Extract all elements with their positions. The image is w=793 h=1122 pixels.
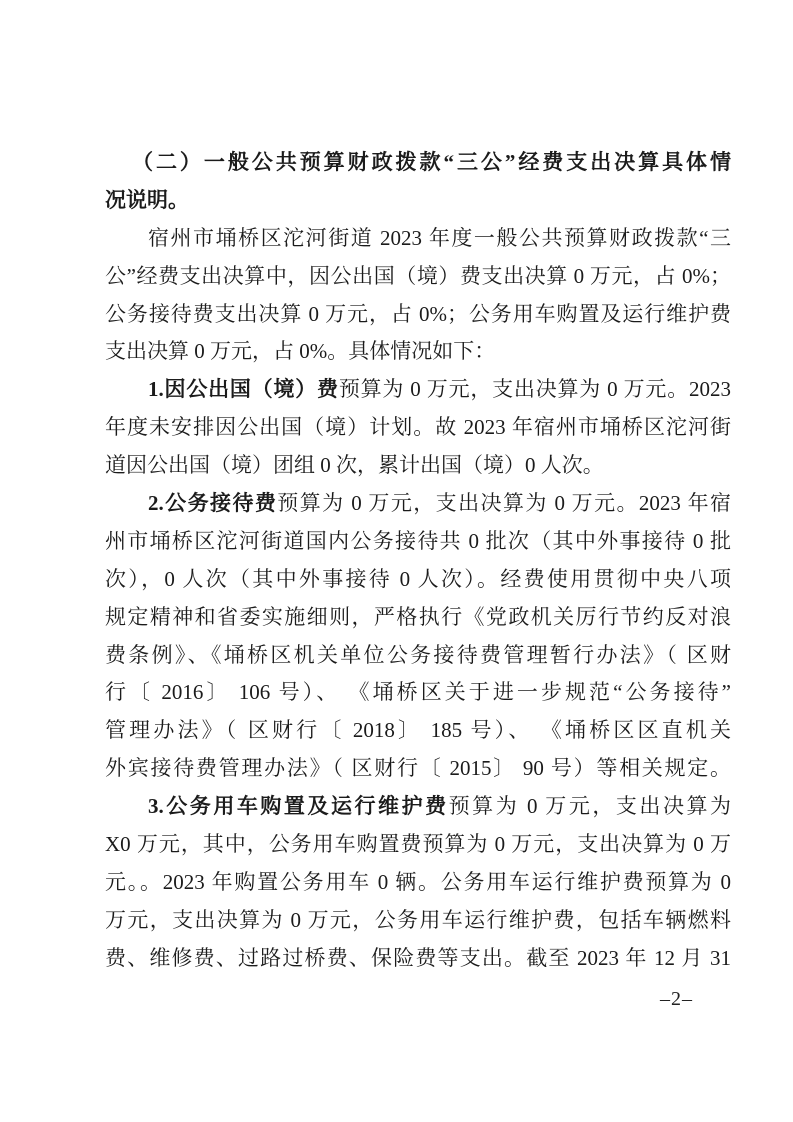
text-line: 规定精神和省委实施细则，严格执行《党政机关厉行节约反对浪 [105,599,731,637]
text-line: X0 万元，其中，公务用车购置费预算为 0 万元，支出决算为 0 万 [105,826,731,864]
text-line: 况说明。 [105,182,731,220]
text-line: 公务接待费支出决算 0 万元，占 0%；公务用车购置及运行维护费 [105,296,731,334]
bold-text-run: 1.因公出国（境）费 [148,377,339,401]
text-run: 元。。2023 年购置公务用车 0 辆。公务用车运行维护费预算为 0 [105,870,731,894]
text-line: 年度未安排因公出国（境）计划。故 2023 年宿州市埇桥区沱河街 [105,409,731,447]
text-run: 支出决算 0 万元，占 0%。具体情况如下： [105,339,495,363]
text-line: 道因公出国（境）团组 0 次，累计出国（境）0 人次。 [105,447,731,485]
document-page: （二）一般公共预算财政拨款“三公”经费支出决算具体情况说明。宿州市埇桥区沱河街道… [0,0,793,1122]
text-line: 2.公务接待费预算为 0 万元，支出决算为 0 万元。2023 年宿 [105,485,731,523]
text-run: 道因公出国（境）团组 0 次，累计出国（境）0 人次。 [105,453,604,477]
text-line: 公”经费支出决算中，因公出国（境）费支出决算 0 万元，占 0%； [105,258,731,296]
text-line: （二）一般公共预算财政拨款“三公”经费支出决算具体情 [105,144,731,182]
text-line: 行〔 2016〕 106 号）、 《埇桥区关于进一步规范“公务接待” [105,674,731,712]
page-number: –2– [660,988,693,1011]
bold-text-run: 况说明。 [105,188,189,212]
text-run: 费条例》、《埇桥区机关单位公务接待费管理暂行办法》（ 区财 [105,643,731,667]
text-run: 管理办法》（ 区财行〔 2018〕 185 号）、 《埇桥区区直机关 [105,718,731,742]
text-line: 元。。2023 年购置公务用车 0 辆。公务用车运行维护费预算为 0 [105,864,731,902]
bold-text-run: 3.公务用车购置及运行维护费 [148,794,449,818]
text-run: 州市埇桥区沱河街道国内公务接待共 0 批次（其中外事接待 0 批 [105,529,731,553]
text-line: 1.因公出国（境）费预算为 0 万元，支出决算为 0 万元。2023 [105,371,731,409]
text-line: 外宾接待费管理办法》（ 区财行〔 2015〕 90 号）等相关规定。 [105,750,731,788]
text-line: 宿州市埇桥区沱河街道 2023 年度一般公共预算财政拨款“三 [105,220,731,258]
text-line: 3.公务用车购置及运行维护费预算为 0 万元，支出决算为 [105,788,731,826]
text-run: 外宾接待费管理办法》（ 区财行〔 2015〕 90 号）等相关规定。 [105,756,731,780]
text-run: 宿州市埇桥区沱河街道 2023 年度一般公共预算财政拨款“三 [148,226,731,250]
text-run: 预算为 0 万元，支出决算为 0 万元。2023 [339,377,731,401]
text-line: 费、维修费、过路过桥费、保险费等支出。截至 2023 年 12 月 31 [105,940,731,978]
text-line: 州市埇桥区沱河街道国内公务接待共 0 批次（其中外事接待 0 批 [105,523,731,561]
text-run: 次），0 人次（其中外事接待 0 人次）。经费使用贯彻中央八项 [105,567,731,591]
document-body: （二）一般公共预算财政拨款“三公”经费支出决算具体情况说明。宿州市埇桥区沱河街道… [105,144,731,978]
text-run: 预算为 0 万元，支出决算为 [449,794,731,818]
text-run: 费、维修费、过路过桥费、保险费等支出。截至 2023 年 12 月 31 [105,946,731,970]
text-line: 费条例》、《埇桥区机关单位公务接待费管理暂行办法》（ 区财 [105,637,731,675]
text-run: 公务接待费支出决算 0 万元，占 0%；公务用车购置及运行维护费 [105,302,731,326]
bold-text-run: （二）一般公共预算财政拨款“三公”经费支出决算具体情 [132,150,731,174]
text-line: 万元，支出决算为 0 万元，公务用车运行维护费，包括车辆燃料 [105,902,731,940]
text-line: 次），0 人次（其中外事接待 0 人次）。经费使用贯彻中央八项 [105,561,731,599]
bold-text-run: 2.公务接待费 [148,491,277,515]
text-run: 万元，支出决算为 0 万元，公务用车运行维护费，包括车辆燃料 [105,908,731,932]
text-run: 行〔 2016〕 106 号）、 《埇桥区关于进一步规范“公务接待” [105,680,731,704]
text-run: X0 万元，其中，公务用车购置费预算为 0 万元，支出决算为 0 万 [105,832,731,856]
text-run: 规定精神和省委实施细则，严格执行《党政机关厉行节约反对浪 [105,605,731,629]
text-run: 年度未安排因公出国（境）计划。故 2023 年宿州市埇桥区沱河街 [105,415,731,439]
text-line: 支出决算 0 万元，占 0%。具体情况如下： [105,333,731,371]
text-run: 预算为 0 万元，支出决算为 0 万元。2023 年宿 [277,491,731,515]
text-run: 公”经费支出决算中，因公出国（境）费支出决算 0 万元，占 0%； [105,264,731,288]
text-line: 管理办法》（ 区财行〔 2018〕 185 号）、 《埇桥区区直机关 [105,712,731,750]
